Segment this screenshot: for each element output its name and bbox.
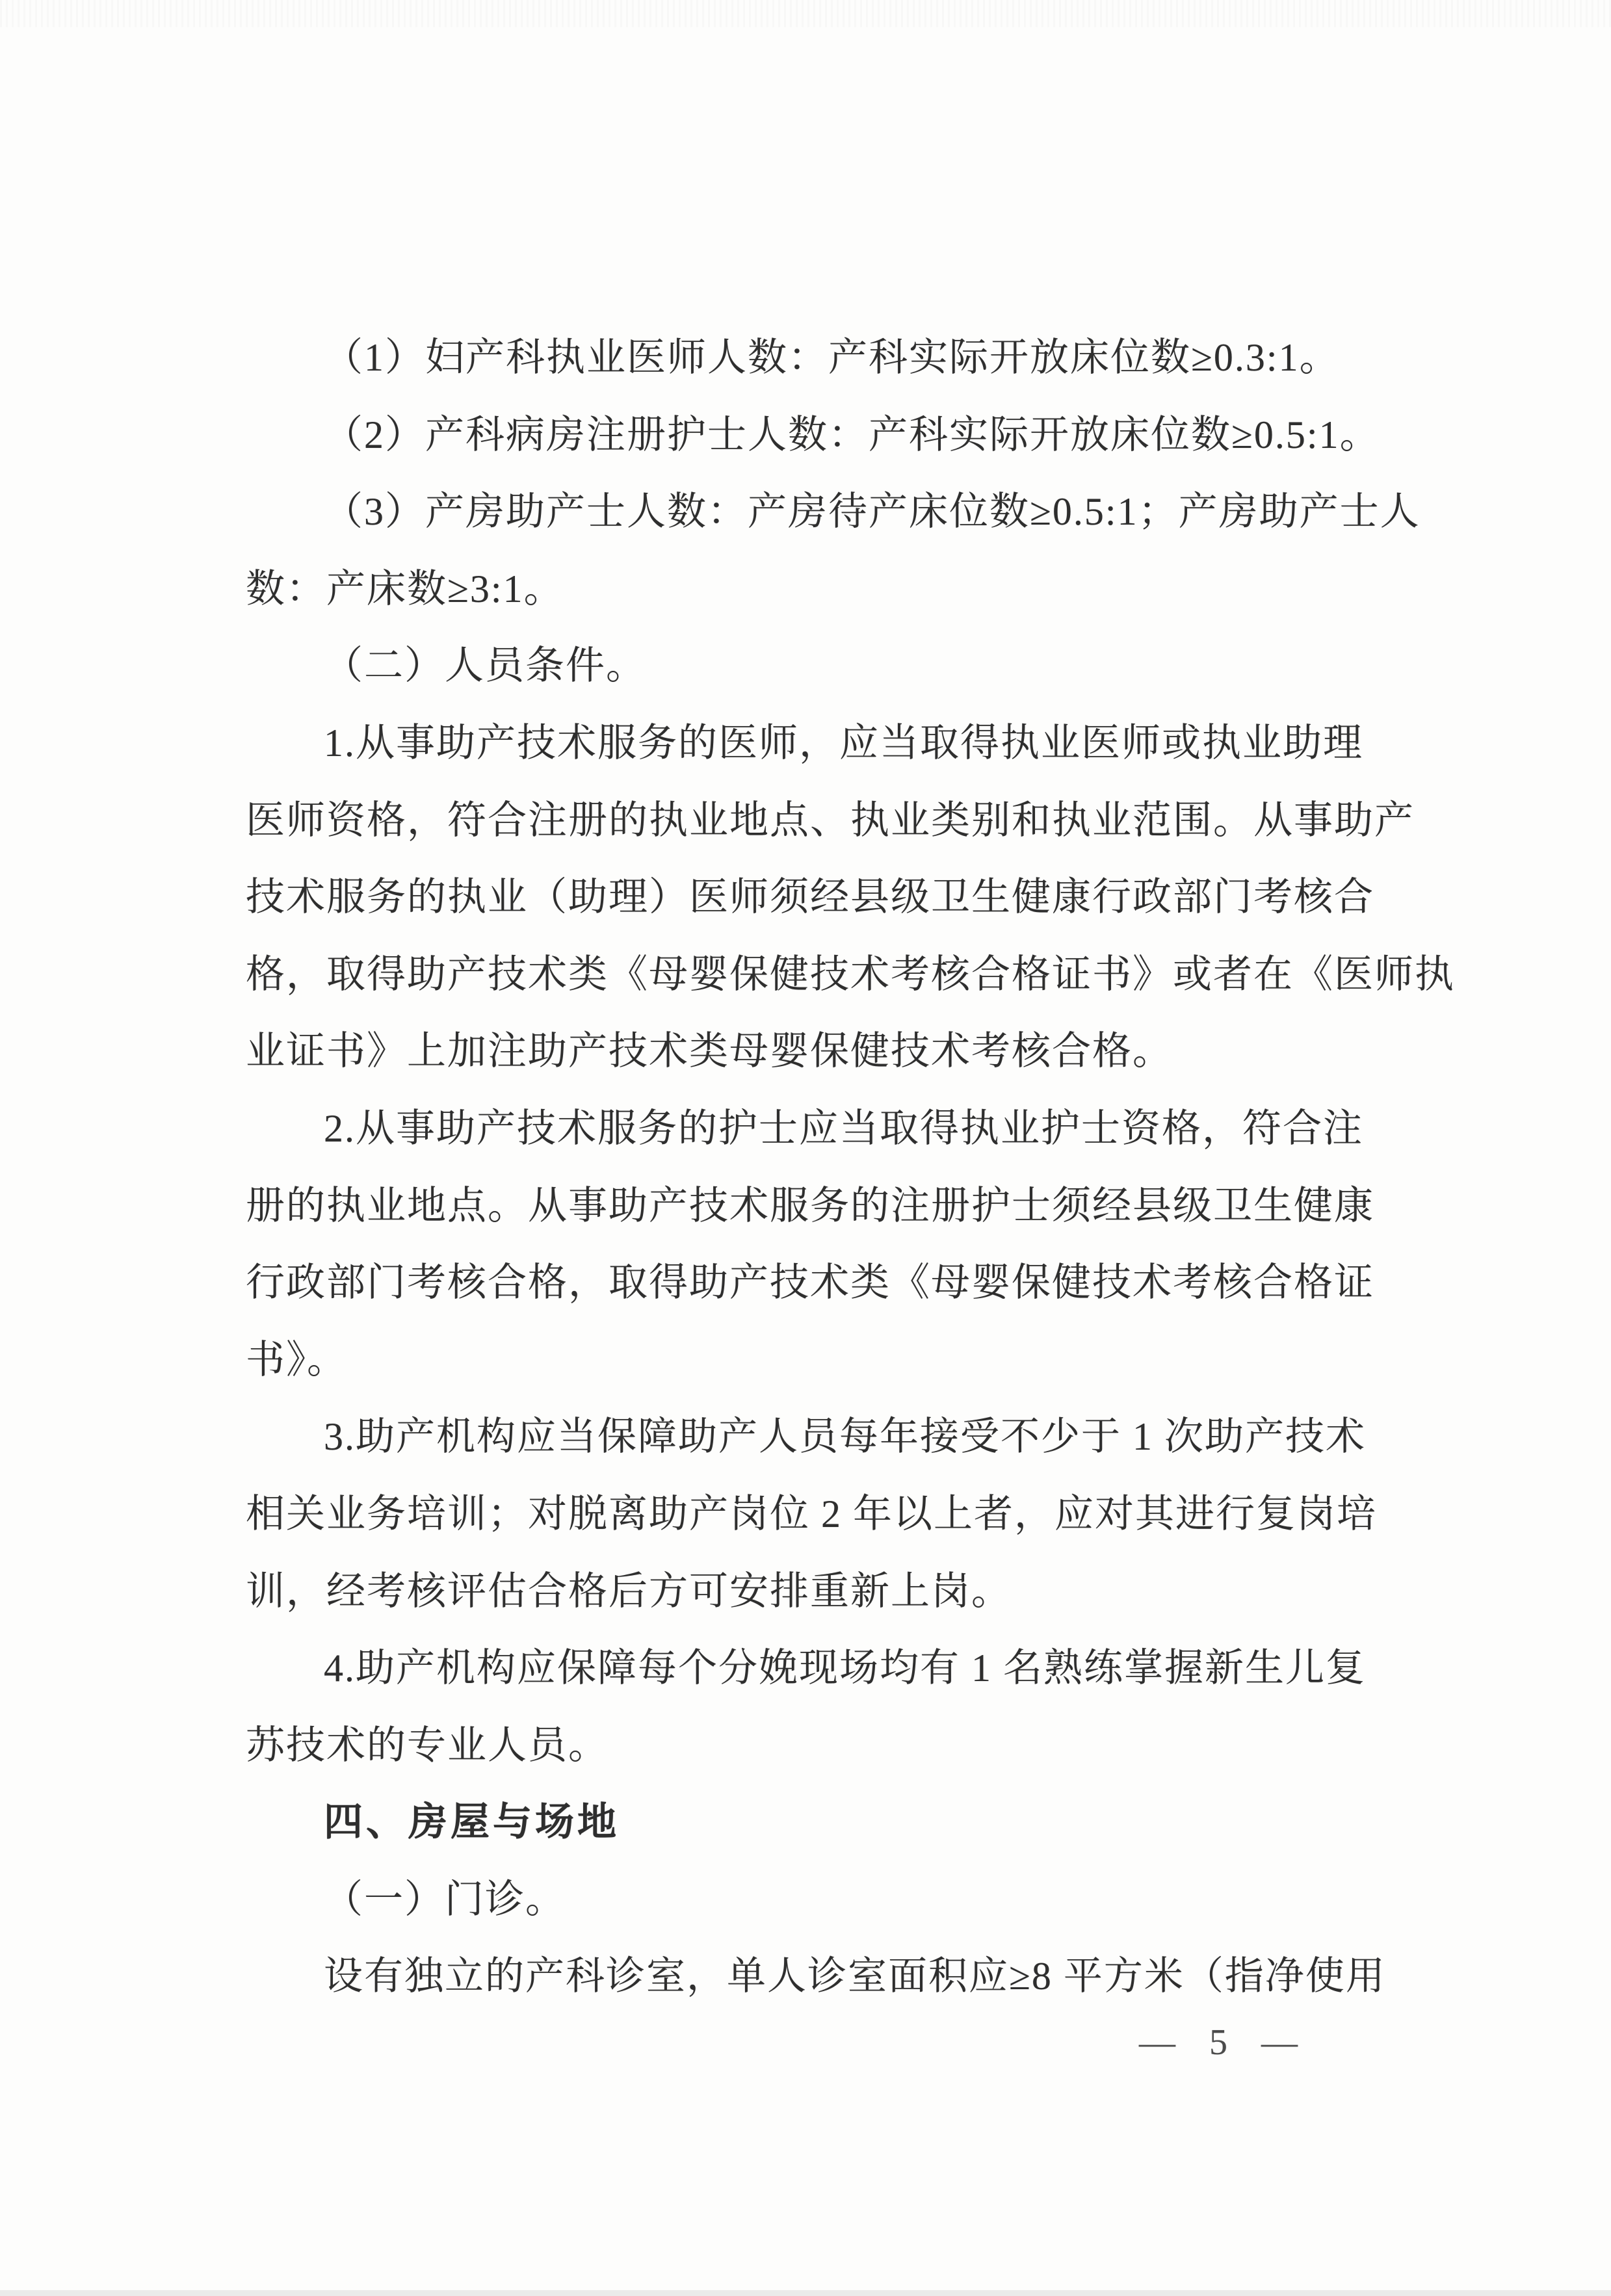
text-line: 2.从事助产技术服务的护士应当取得执业护士资格，符合注 [246,1090,1394,1168]
text-line: 苏技术的专业人员。 [246,1707,1394,1784]
body-text: （1）妇产科执业医师人数：产科实际开放床位数≥0.3:1。（2）产科病房注册护士… [246,319,1394,2015]
text-line: 业证书》上加注助产技术类母婴保健技术考核合格。 [246,1013,1394,1090]
text-line: （3）产房助产士人数：产房待产床位数≥0.5:1；产房助产士人 [246,473,1394,551]
text-line: 技术服务的执业（助理）医师须经县级卫生健康行政部门考核合 [246,859,1394,936]
text-line: 医师资格，符合注册的执业地点、执业类别和执业范围。从事助产 [246,782,1394,859]
page-number: — 5 — [1139,2016,1347,2068]
text-line: （2）产科病房注册护士人数：产科实际开放床位数≥0.5:1。 [246,397,1394,474]
text-line: 设有独立的产科诊室，单人诊室面积应≥8 平方米（指净使用 [246,1938,1394,2015]
text-line: 相关业务培训；对脱离助产岗位 2 年以上者，应对其进行复岗培 [246,1476,1394,1553]
text-line: 书》。 [246,1322,1394,1399]
text-line: 格，取得助产技术类《母婴保健技术考核合格证书》或者在《医师执 [246,936,1394,1013]
scan-edge-bottom [0,2290,1611,2296]
text-line: 1.从事助产技术服务的医师，应当取得执业医师或执业助理 [246,705,1394,782]
text-line: 训，经考核评估合格后方可安排重新上岗。 [246,1553,1394,1630]
document-page: （1）妇产科执业医师人数：产科实际开放床位数≥0.3:1。（2）产科病房注册护士… [0,0,1611,2296]
text-line: （一）门诊。 [246,1861,1394,1938]
text-line: 数：产床数≥3:1。 [246,551,1394,628]
section-heading-line: 四、房屋与场地 [246,1784,1394,1861]
text-line: （1）妇产科执业医师人数：产科实际开放床位数≥0.3:1。 [246,319,1394,397]
text-line: 3.助产机构应当保障助产人员每年接受不少于 1 次助产技术 [246,1398,1394,1476]
text-line: 4.助产机构应保障每个分娩现场均有 1 名熟练掌握新生儿复 [246,1630,1394,1707]
text-line: 行政部门考核合格，取得助产技术类《母婴保健技术考核合格证 [246,1244,1394,1322]
scan-noise-top [0,0,1611,27]
text-line: （二）人员条件。 [246,627,1394,705]
text-line: 册的执业地点。从事助产技术服务的注册护士须经县级卫生健康 [246,1168,1394,1245]
